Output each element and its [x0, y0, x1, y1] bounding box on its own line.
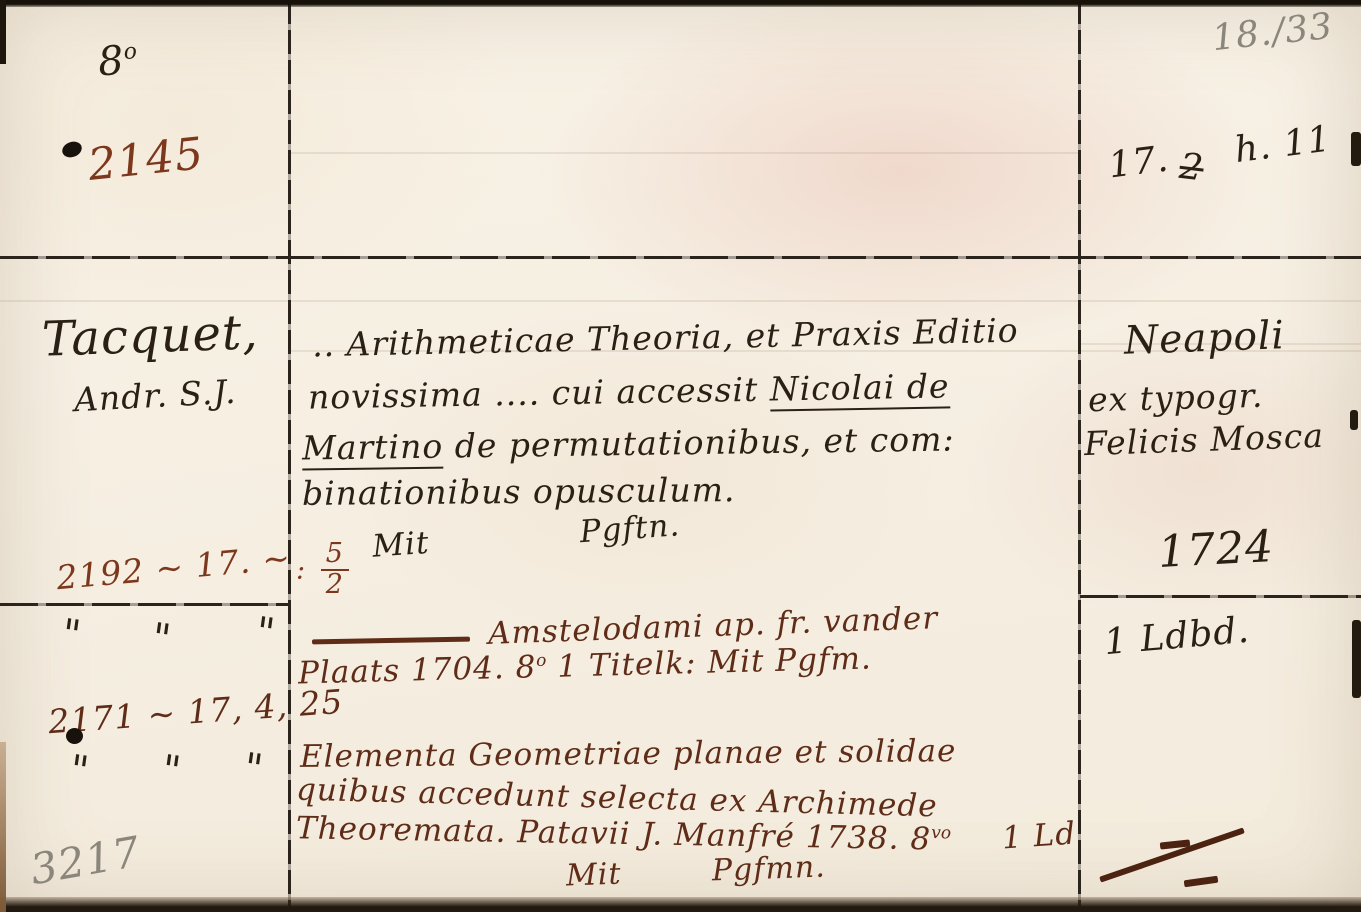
- row-rule-right-column: [1080, 595, 1361, 598]
- entry3-line1: Elementa Geometriae planae et solidae: [300, 733, 957, 775]
- catalog-card-scan: { "card": { "colors": { "ink_black": "#2…: [0, 0, 1361, 912]
- entry1-title-line4: binationibus opusculum.: [302, 470, 736, 513]
- entry3-volume-note: 1 Ld: [1001, 815, 1077, 856]
- scan-edge-left: [0, 0, 6, 64]
- underlined-name-martino: Martino: [302, 427, 444, 471]
- scan-edge-bottom: [0, 897, 1361, 912]
- column-rule-left: [288, 0, 291, 912]
- entry1-price-fraction: : 5 2: [296, 540, 349, 600]
- imprint-printer-line2: Felicis Mosca: [1083, 416, 1324, 463]
- show-through-line: [0, 300, 1361, 302]
- ink-blot: [66, 728, 83, 744]
- scan-edge-mark: [1350, 410, 1358, 430]
- fraction-five-halves: 5 2: [321, 540, 349, 600]
- row-rule-header: [0, 256, 1361, 259]
- row-rule-left-column: [0, 603, 290, 606]
- scan-edge-top: [0, 0, 1361, 7]
- format-mark: 8o: [96, 36, 140, 85]
- imprint-printer-line1: ex typogr.: [1088, 376, 1264, 420]
- underlined-name-nicolai: Nicolai de: [769, 366, 949, 411]
- scan-edge-left-lower: [0, 742, 6, 912]
- imprint-year: 1724: [1157, 521, 1275, 578]
- scan-edge-mark: [1352, 620, 1361, 698]
- show-through-line: [290, 152, 1080, 154]
- scan-edge-mark: [1351, 132, 1361, 166]
- shelfmark-part1: 17.: [1106, 138, 1171, 186]
- column-rule-right: [1078, 0, 1081, 912]
- author-surname: Tacquet,: [41, 304, 259, 368]
- imprint-place: Neapoli: [1123, 313, 1285, 364]
- shelfmark-struck-digit: 2: [1177, 146, 1206, 190]
